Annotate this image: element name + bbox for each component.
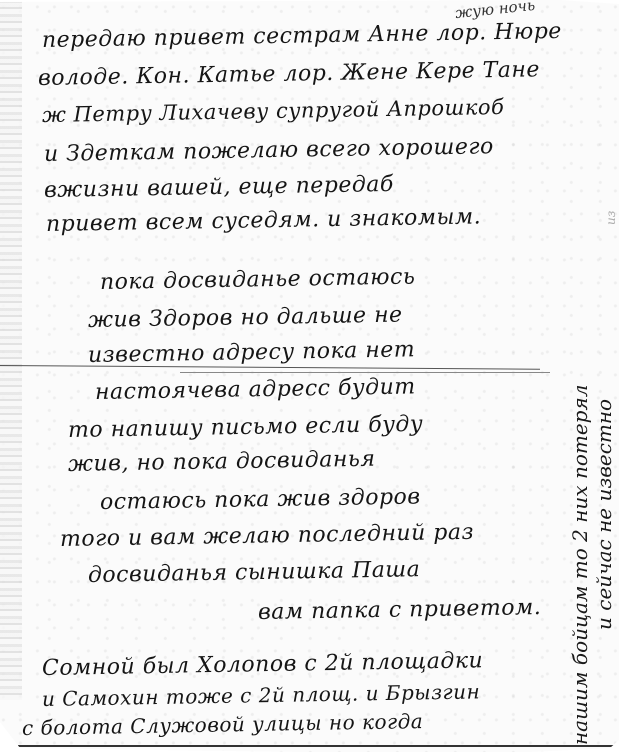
torn-left-edge [0,0,22,700]
paper-fold-line-secondary [180,372,550,373]
letter-line-12: жив, но пока досвиданья [68,447,376,477]
letter-line-16: вам папка с приветом. [258,595,542,625]
margin-note-1: нашим бойцам то 2 них потерял [568,385,592,745]
letter-paper: жую ночь передаю привет сестрам Анне лор… [0,0,619,753]
margin-note-2: и сейчас не известно [592,399,616,630]
bottom-edge [18,745,618,747]
faint-margin-note: из ... ого [604,205,619,226]
